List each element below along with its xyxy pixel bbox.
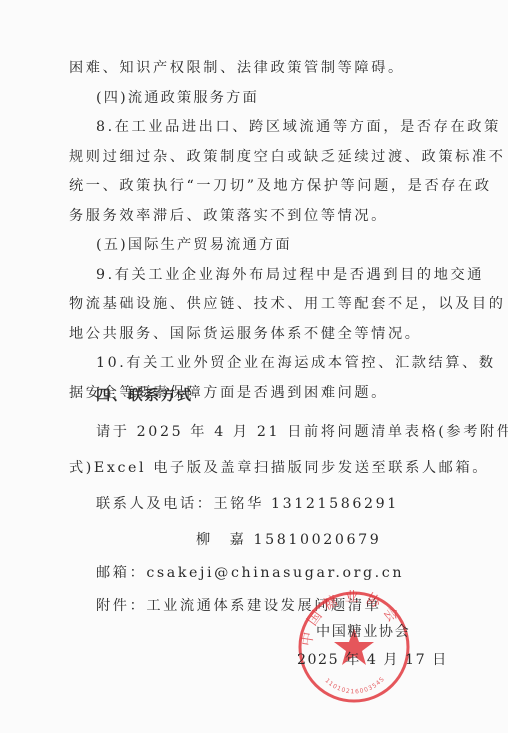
text-line: 邮箱：csakeji@chinasugar.org.cn (96, 563, 404, 583)
subsection-heading: (四)流通政策服务方面 (96, 88, 259, 108)
svg-text:1101021600354S: 1101021600354S (323, 675, 386, 695)
text-line: 务服务效率滞后、政策落实不到位等情况。 (69, 206, 388, 226)
text-line: 9.有关工业企业海外布局过程中是否遇到目的地交通 (96, 265, 484, 285)
text-line: 8.在工业品进出口、跨区域流通等方面，是否存在政策 (96, 117, 501, 137)
subsection-heading: (五)国际生产贸易流通方面 (96, 235, 292, 255)
text-line: 式)Excel 电子版及盖章扫描版同步发送至联系人邮箱。 (69, 458, 489, 478)
text-line: 地公共服务、国际货运服务体系不健全等情况。 (69, 324, 422, 344)
signature-organization: 中国糖业协会 (316, 622, 410, 642)
text-line: 请于 2025 年 4 月 21 日前将问题清单表格(参考附件格 (96, 422, 508, 442)
signature-date: 2025 年 4 月 17 日 (297, 650, 448, 670)
text-line: 柳 嘉 15810020679 (196, 530, 381, 550)
official-seal-icon: 中国糖业协会 1101021600354S (297, 590, 411, 704)
text-line: 困难、知识产权限制、法律政策管制等障碍。 (69, 58, 405, 78)
section-heading: 四、联系方式 (96, 386, 193, 406)
text-line: 规则过细过杂、政策制度空白或缺乏延续过渡、政策标准不 (69, 147, 505, 167)
text-line: 统一、政策执行“一刀切”及地方保护等问题，是否存在政 (69, 176, 492, 196)
text-line: 联系人及电话：王铭华 13121586291 (96, 494, 399, 514)
text-line: 物流基础设施、供应链、技术、用工等配套不足，以及目的 (69, 294, 505, 314)
text-line: 10.有关工业外贸企业在海运成本管控、汇款结算、数 (96, 353, 496, 373)
